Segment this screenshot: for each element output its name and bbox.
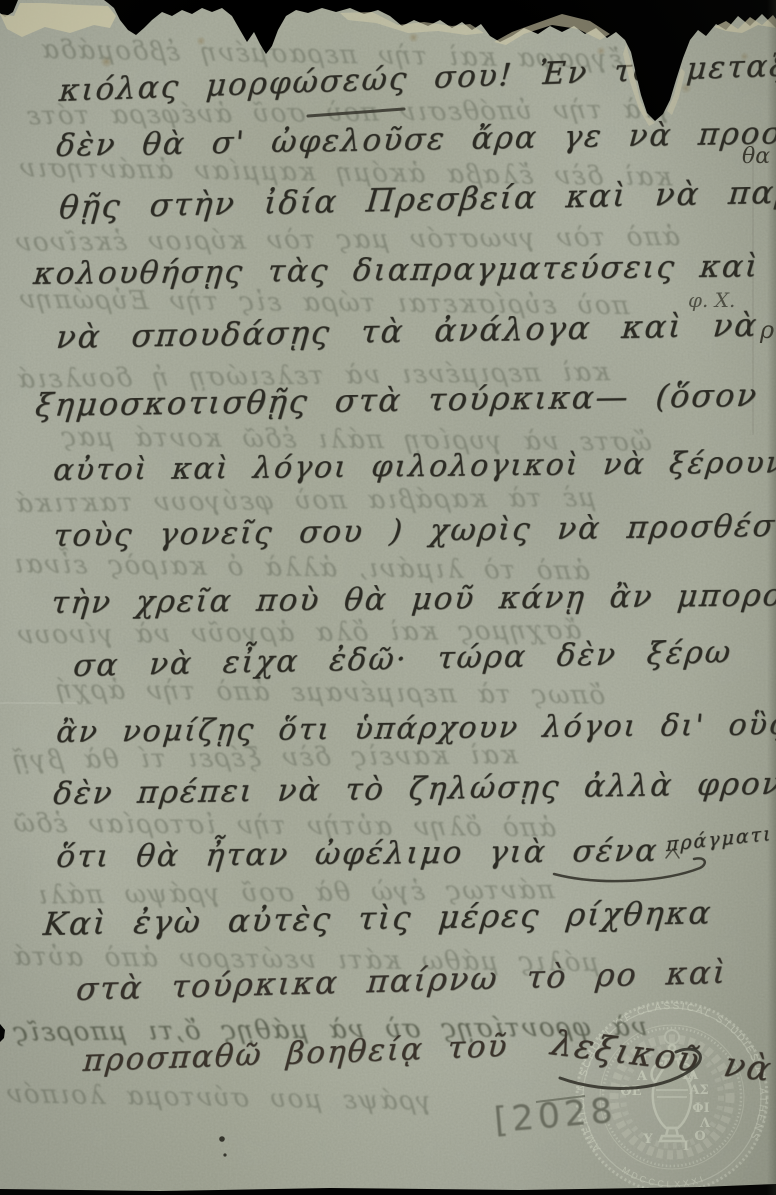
seal-letter: ΦΙ (692, 1101, 709, 1116)
ink-line: τὴν χρεῖα ποὺ θὰ μοῦ κάνῃ ἂν μπορού (50, 580, 776, 619)
margin-fragment: φ. Χ. (688, 290, 735, 310)
ink-line: κολουθήσῃς τὰς διαπραγματεύσεις καὶ (32, 251, 761, 290)
ink-line: ἂν νομίζῃς ὅτι ὑπάρχουν λόγοι δι' οὓς (55, 710, 776, 748)
ink-line: αὐτοὶ καὶ λόγοι φιλολογικοὶ νὰ ξέρουν (52, 448, 776, 486)
ink-line: ξημοσκοτισθῇς στὰ τούρκικα— (ὅσον (34, 379, 760, 421)
ink-line: ὅτι θὰ ἦταν ὠφέλιμο γιὰ σένα (55, 836, 660, 873)
bleed-line: γράψε μου σύντομα λοιπόν (4, 1081, 433, 1114)
seal-letter: Ο (694, 1129, 705, 1144)
seal-letter: ΘΕ (620, 1084, 641, 1099)
seal-letter: ΑΣ (688, 1083, 708, 1098)
seal-letter: Ι (683, 1139, 689, 1154)
seal-letter: Υ (642, 1132, 653, 1147)
scan-page: AMERICAN SCHOOL OF CLASSICAL STUDIES AT … (0, 0, 776, 1195)
margin-fragment: ρ (760, 318, 774, 342)
margin-fragment: θα (742, 146, 770, 168)
